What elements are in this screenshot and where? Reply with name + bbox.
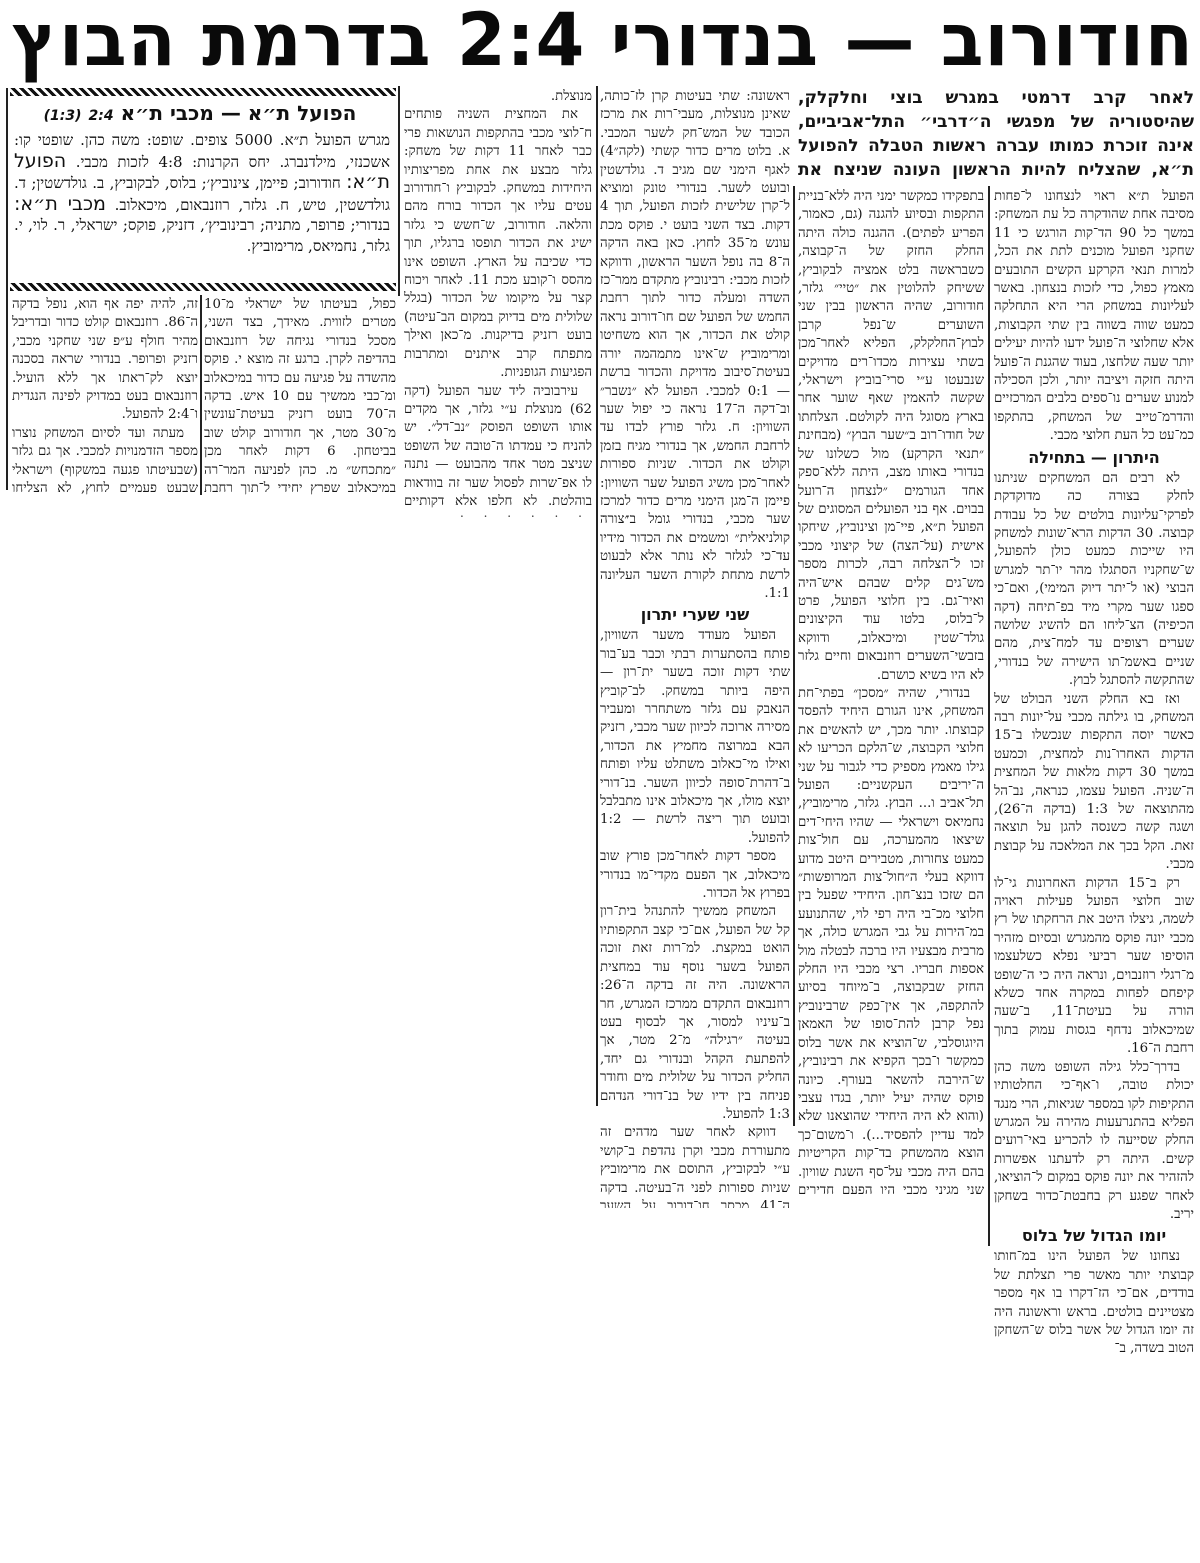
box-score-details: מגרש הפועל ת״א. 5000 צופים. שופט: משה כה… [14,130,390,256]
column-rule [398,86,400,296]
box-score-halftime: (1:3) [44,108,82,124]
article-column-5: זה, להיה יפה אף הוא, נופל בדקה ה־86. רוז… [12,296,198,496]
paragraph: המשחק ממשיך להתנהל בית־רון קל של הפועל, … [600,903,790,1124]
article-column-1: הפועל ת״א ראוי לנצחונו ל־פחות מסיבה אחת … [994,188,1194,1558]
paragraph: עירבוביה ליד שער הפועל (דקה 62) מנוצלת ע… [404,383,592,509]
paragraph: לא רבים הם המשחקים שניתנו לחלק בצורה כה … [994,470,1194,691]
paragraph: כפול, בעיטתו של ישראלי מ־10 מטרים לזווית… [204,296,396,496]
team2-lineup: בנדורי; פרופר, מתניה; רבינוביץ׳, דזניק, … [14,216,390,255]
paragraph: בתפקידו כמקשר ימני היה ללא־בניית התקפות … [798,188,984,685]
paragraph: ראשונה: שתי בעיטות קרן לז־כותה, שאינן מנ… [600,88,790,603]
subheading: יומו הגדול של בלוס [994,1225,1194,1247]
box-score-title: הפועל ת״א — מכבי ת״א 2:4 (1:3) [20,100,380,129]
lead-paragraph: לאחר קרב דרמטי במגרש בוצי וחלקלק, שהיסטו… [798,86,1194,186]
article-column-6: כפול, בעיטתו של ישראלי מ־10 מטרים לזווית… [204,296,396,496]
paragraph: מספר דקות לאחר־מכן פורץ שוב מיכאלוב, אך … [600,848,790,903]
article-column-4: מנוצלת. את המחצית השניה פותחים ח־לוצי מכ… [404,88,592,508]
match-details: מגרש הפועל ת״א. 5000 צופים. שופט: משה כה… [14,131,390,171]
decorative-border-top [10,88,396,96]
column-rule [988,186,990,1246]
team2-label: מכבי ת״א: [14,193,106,215]
paragraph: נצחונו של הפועל הינו במ־חותו קבוצתי יותר… [994,1248,1194,1358]
paragraph: הפועל ת״א ראוי לנצחונו ל־פחות מסיבה אחת … [994,188,1194,446]
subheading: שני שערי יתרון [600,604,790,626]
column-rule [596,86,598,1106]
paragraph: הפועל מעודד משער השוויון, פותח בהסתערות … [600,627,790,848]
decorative-border-bottom [10,283,396,291]
paragraph: בדרך־כלל גילה השופט משה כהן יכולת טובה, … [994,1059,1194,1225]
paragraph: רק ב־15 הדקות האחרונות גי־לו שוב חלוצי ה… [994,875,1194,1059]
paragraph: את המחצית השניה פותחים ח־לוצי מכבי בהתקפ… [404,106,592,382]
box-score-teams: הפועל ת״א — מכבי ת״א [121,101,357,125]
box-score-result: 2:4 [89,108,114,124]
paragraph: מעתה ועד לסיום המשחק נוצרו מספר הזדמנויו… [12,425,198,496]
paragraph: זה, להיה יפה אף הוא, נופל בדקה ה־86. רוז… [12,296,198,425]
paragraph: ואז בא החלק השני הבולט של המשחק, בו גילת… [994,691,1194,875]
column-rule [200,295,202,495]
paragraph: דווקא לאחר שער מדהים זה מתעוררת מכבי וקר… [600,1124,790,1208]
paragraph: מנוצלת. [404,88,592,106]
paragraph: בנדורי, שהיה ״מסכן״ בפתי־חת המשחק, אינו … [798,685,984,1198]
article-column-3: ראשונה: שתי בעיטות קרן לז־כותה, שאינן מנ… [600,88,790,1208]
headline: חודורוב — בנדורי 2:4 בדרמת הבוץ הגדולה [8,2,1194,78]
column-rule [793,186,795,1126]
newspaper-page: חודורוב — בנדורי 2:4 בדרמת הבוץ הגדולה ה… [0,0,1200,1563]
subheading: היתרון — בתחילה [994,447,1194,469]
article-column-2: בתפקידו כמקשר ימני היה ללא־בניית התקפות … [798,188,984,1198]
page-left-border [6,88,8,490]
